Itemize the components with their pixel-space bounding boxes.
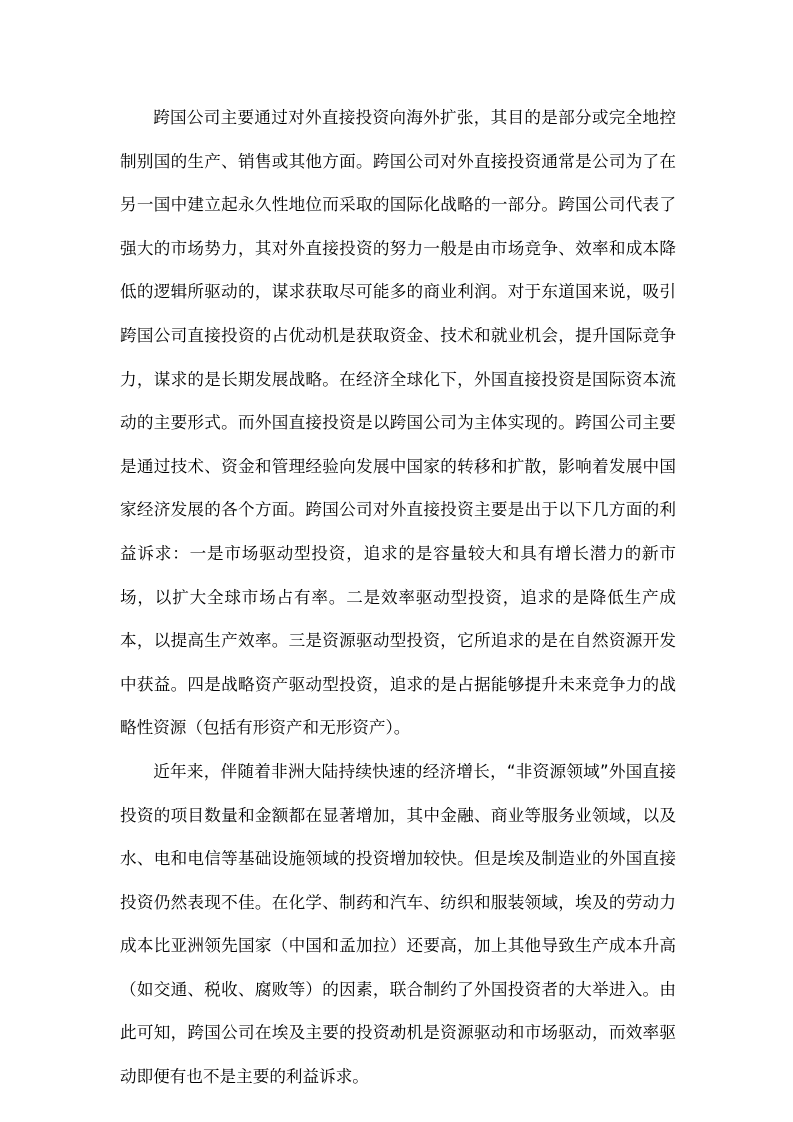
document-body: 跨国公司主要通过对外直接投资向海外扩张，其目的是部分或完全地控制别国的生产、销售… xyxy=(120,96,676,1099)
page-number: 4 xyxy=(0,1024,793,1036)
paragraph-multinational-fdi-motives: 跨国公司主要通过对外直接投资向海外扩张，其目的是部分或完全地控制别国的生产、销售… xyxy=(120,96,676,750)
paragraph-egypt-fdi: 近年来，伴随着非洲大陆持续快速的经济增长，“非资源领域”外国直接投资的项目数量和… xyxy=(120,750,676,1099)
